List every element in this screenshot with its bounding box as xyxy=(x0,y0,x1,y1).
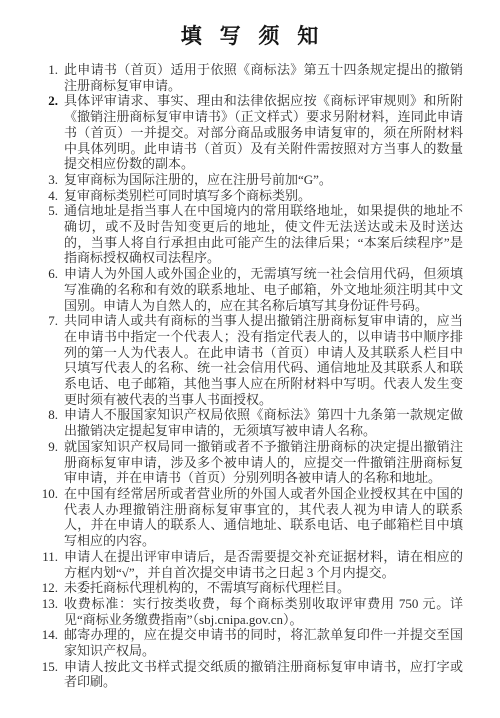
item-text: 申请人按此文书样式提交纸质的撤销注册商标复审申请书，应打字或者印刷。 xyxy=(64,659,463,690)
instruction-item-6: 6. 申请人为外国人或外国企业的，无需填写统一社会信用代码，但须填写准确的名称和… xyxy=(36,266,463,313)
item-number: 10. xyxy=(36,486,58,502)
instruction-item-10: 10. 在中国有经常居所或者营业所的外国人或者外国企业授权其在中国的代表人办理撤… xyxy=(36,486,463,549)
item-text: 复审商标为国际注册的，应在注册号前加“G”。 xyxy=(64,172,463,188)
instruction-item-2: 2. 具体评审请求、事实、理由和法律依据应按《商标评审规则》和所附《撤销注册商标… xyxy=(36,93,463,172)
item-number: 2. xyxy=(36,93,58,109)
item-text: 申请人不服国家知识产权局依照《商标法》第四十九条第一款规定做出撤销决定提起复审申… xyxy=(64,407,463,438)
item-text: 共同申请人或共有商标的当事人提出撤销注册商标复审申请的，应当在申请书中指定一个代… xyxy=(64,313,463,407)
instruction-item-9: 9. 就国家知识产权局同一撤销或者不予撤销注册商标的决定提出撤销注册商标复审申请… xyxy=(36,439,463,486)
item-text: 邮寄办理的，应在提交申请书的同时，将汇款单复印件一并提交至国家知识产权局。 xyxy=(64,627,463,658)
instruction-item-5: 5. 通信地址是指当事人在中国境内的常用联络地址，如果提供的地址不确切，或不及时… xyxy=(36,203,463,266)
instruction-item-14: 14. 邮寄办理的，应在提交申请书的同时，将汇款单复印件一并提交至国家知识产权局… xyxy=(36,627,463,658)
item-number: 8. xyxy=(36,407,58,423)
instruction-item-13: 13. 收费标准：实行按类收费，每个商标类别收取评审费用 750 元。详见“商标… xyxy=(36,596,463,627)
instruction-item-8: 8. 申请人不服国家知识产权局依照《商标法》第四十九条第一款规定做出撤销决定提起… xyxy=(36,407,463,438)
item-text: 此申请书（首页）适用于依照《商标法》第五十四条规定提出的撤销注册商标复审申请。 xyxy=(64,62,463,93)
item-number: 1. xyxy=(36,62,58,78)
item-number: 6. xyxy=(36,266,58,282)
item-number: 5. xyxy=(36,203,58,219)
item-number: 14. xyxy=(36,627,58,643)
item-text: 复审商标类别栏可同时填写多个商标类别。 xyxy=(64,188,463,204)
item-number: 7. xyxy=(36,313,58,329)
instruction-item-11: 11. 申请人在提出评审申请后，是否需要提交补充证据材料，请在相应的方框内划“√… xyxy=(36,549,463,580)
item-text: 就国家知识产权局同一撤销或者不予撤销注册商标的决定提出撤销注册商标复审申请，涉及… xyxy=(64,439,463,486)
item-number: 3. xyxy=(36,172,58,188)
item-text: 未委托商标代理机构的，不需填写商标代理栏目。 xyxy=(64,580,463,596)
instructions-page: 填 写 须 知 1. 此申请书（首页）适用于依照《商标法》第五十四条规定提出的撤… xyxy=(0,0,500,718)
item-text: 通信地址是指当事人在中国境内的常用联络地址，如果提供的地址不确切，或不及时告知变… xyxy=(64,203,463,266)
item-number: 9. xyxy=(36,439,58,455)
item-number: 4. xyxy=(36,188,58,204)
item-number: 11. xyxy=(36,549,58,565)
instruction-item-3: 3. 复审商标为国际注册的，应在注册号前加“G”。 xyxy=(36,172,463,188)
item-number: 15. xyxy=(36,659,58,675)
instruction-item-7: 7. 共同申请人或共有商标的当事人提出撤销注册商标复审申请的，应当在申请书中指定… xyxy=(36,313,463,407)
instruction-item-4: 4. 复审商标类别栏可同时填写多个商标类别。 xyxy=(36,188,463,204)
item-text: 具体评审请求、事实、理由和法律依据应按《商标评审规则》和所附《撤销注册商标复审申… xyxy=(64,93,463,172)
item-text: 收费标准：实行按类收费，每个商标类别收取评审费用 750 元。详见“商标业务缴费… xyxy=(64,596,463,627)
item-number: 13. xyxy=(36,596,58,612)
instruction-list: 1. 此申请书（首页）适用于依照《商标法》第五十四条规定提出的撤销注册商标复审申… xyxy=(36,62,463,690)
item-text: 申请人在提出评审申请后，是否需要提交补充证据材料，请在相应的方框内划“√”，并自… xyxy=(64,549,463,580)
instruction-item-15: 15. 申请人按此文书样式提交纸质的撤销注册商标复审申请书，应打字或者印刷。 xyxy=(36,659,463,690)
instruction-item-12: 12. 未委托商标代理机构的，不需填写商标代理栏目。 xyxy=(36,580,463,596)
instruction-item-1: 1. 此申请书（首页）适用于依照《商标法》第五十四条规定提出的撤销注册商标复审申… xyxy=(36,62,463,93)
page-title: 填 写 须 知 xyxy=(36,20,463,50)
item-text: 申请人为外国人或外国企业的，无需填写统一社会信用代码，但须填写准确的名称和有效的… xyxy=(64,266,463,313)
item-text: 在中国有经常居所或者营业所的外国人或者外国企业授权其在中国的代表人办理撤销注册商… xyxy=(64,486,463,549)
item-number: 12. xyxy=(36,580,58,596)
